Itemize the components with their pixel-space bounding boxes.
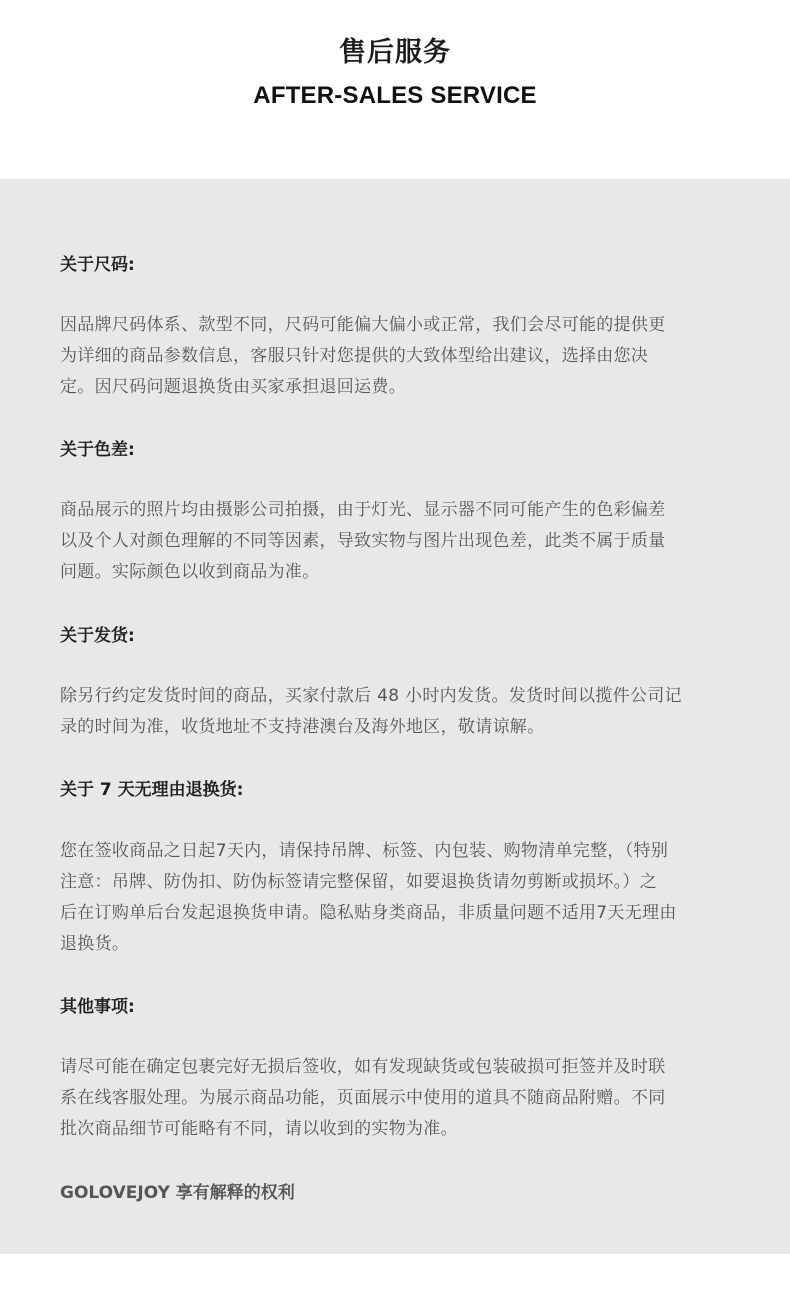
brand-rights-note: GOLOVEJOY 享有解释的权利 (60, 1182, 295, 1204)
section-body-size: 因品牌尺码体系、款型不同，尺码可能偏大偏小或正常，我们会尽可能的提供更 为详细的… (60, 310, 740, 403)
section-heading-size: 关于尺码: (60, 254, 135, 276)
section-body-shipping: 除另行约定发货时间的商品，买家付款后 48 小时内发货。发货时间以揽件公司记 录… (60, 681, 740, 743)
body-line: 您在签收商品之日起7天内，请保持吊牌、标签、内包装、购物清单完整，（特别 (60, 836, 740, 867)
policy-panel: 关于尺码: 因品牌尺码体系、款型不同，尺码可能偏大偏小或正常，我们会尽可能的提供… (0, 179, 790, 1254)
body-line: 录的时间为准，收货地址不支持港澳台及海外地区，敬请谅解。 (60, 712, 740, 743)
section-body-returns: 您在签收商品之日起7天内，请保持吊牌、标签、内包装、购物清单完整，（特别 注意：… (60, 836, 740, 960)
section-body-color: 商品展示的照片均由摄影公司拍摄，由于灯光、显示器不同可能产生的色彩偏差 以及个人… (60, 495, 740, 588)
body-line: 批次商品细节可能略有不同，请以收到的实物为准。 (60, 1114, 740, 1145)
body-line: 问题。实际颜色以收到商品为准。 (60, 557, 740, 588)
section-body-other: 请尽可能在确定包裹完好无损后签收，如有发现缺货或包装破损可拒签并及时联 系在线客… (60, 1052, 740, 1145)
section-heading-other: 其他事项: (60, 996, 135, 1018)
body-line: 因品牌尺码体系、款型不同，尺码可能偏大偏小或正常，我们会尽可能的提供更 (60, 310, 740, 341)
body-line: 定。因尺码问题退换货由买家承担退回运费。 (60, 372, 740, 403)
section-heading-returns: 关于 7 天无理由退换货: (60, 779, 243, 801)
page-title-en: AFTER-SALES SERVICE (0, 82, 790, 110)
body-line: 系在线客服处理。为展示商品功能，页面展示中使用的道具不随商品附赠。不同 (60, 1083, 740, 1114)
page-title-cn: 售后服务 (0, 36, 790, 70)
body-line: 注意：吊牌、防伪扣、防伪标签请完整保留，如要退换货请勿剪断或损坏。）之 (60, 867, 740, 898)
body-line: 以及个人对颜色理解的不同等因素，导致实物与图片出现色差，此类不属于质量 (60, 526, 740, 557)
body-line: 为详细的商品参数信息，客服只针对您提供的大致体型给出建议，选择由您决 (60, 341, 740, 372)
body-line: 后在订购单后台发起退换货申请。隐私贴身类商品，非质量问题不适用7天无理由 (60, 898, 740, 929)
header: 售后服务 AFTER-SALES SERVICE (0, 0, 790, 179)
body-line: 除另行约定发货时间的商品，买家付款后 48 小时内发货。发货时间以揽件公司记 (60, 681, 740, 712)
body-line: 商品展示的照片均由摄影公司拍摄，由于灯光、显示器不同可能产生的色彩偏差 (60, 495, 740, 526)
body-line: 请尽可能在确定包裹完好无损后签收，如有发现缺货或包装破损可拒签并及时联 (60, 1052, 740, 1083)
body-line: 退换货。 (60, 929, 740, 960)
section-heading-color: 关于色差: (60, 439, 135, 461)
section-heading-shipping: 关于发货: (60, 625, 135, 647)
